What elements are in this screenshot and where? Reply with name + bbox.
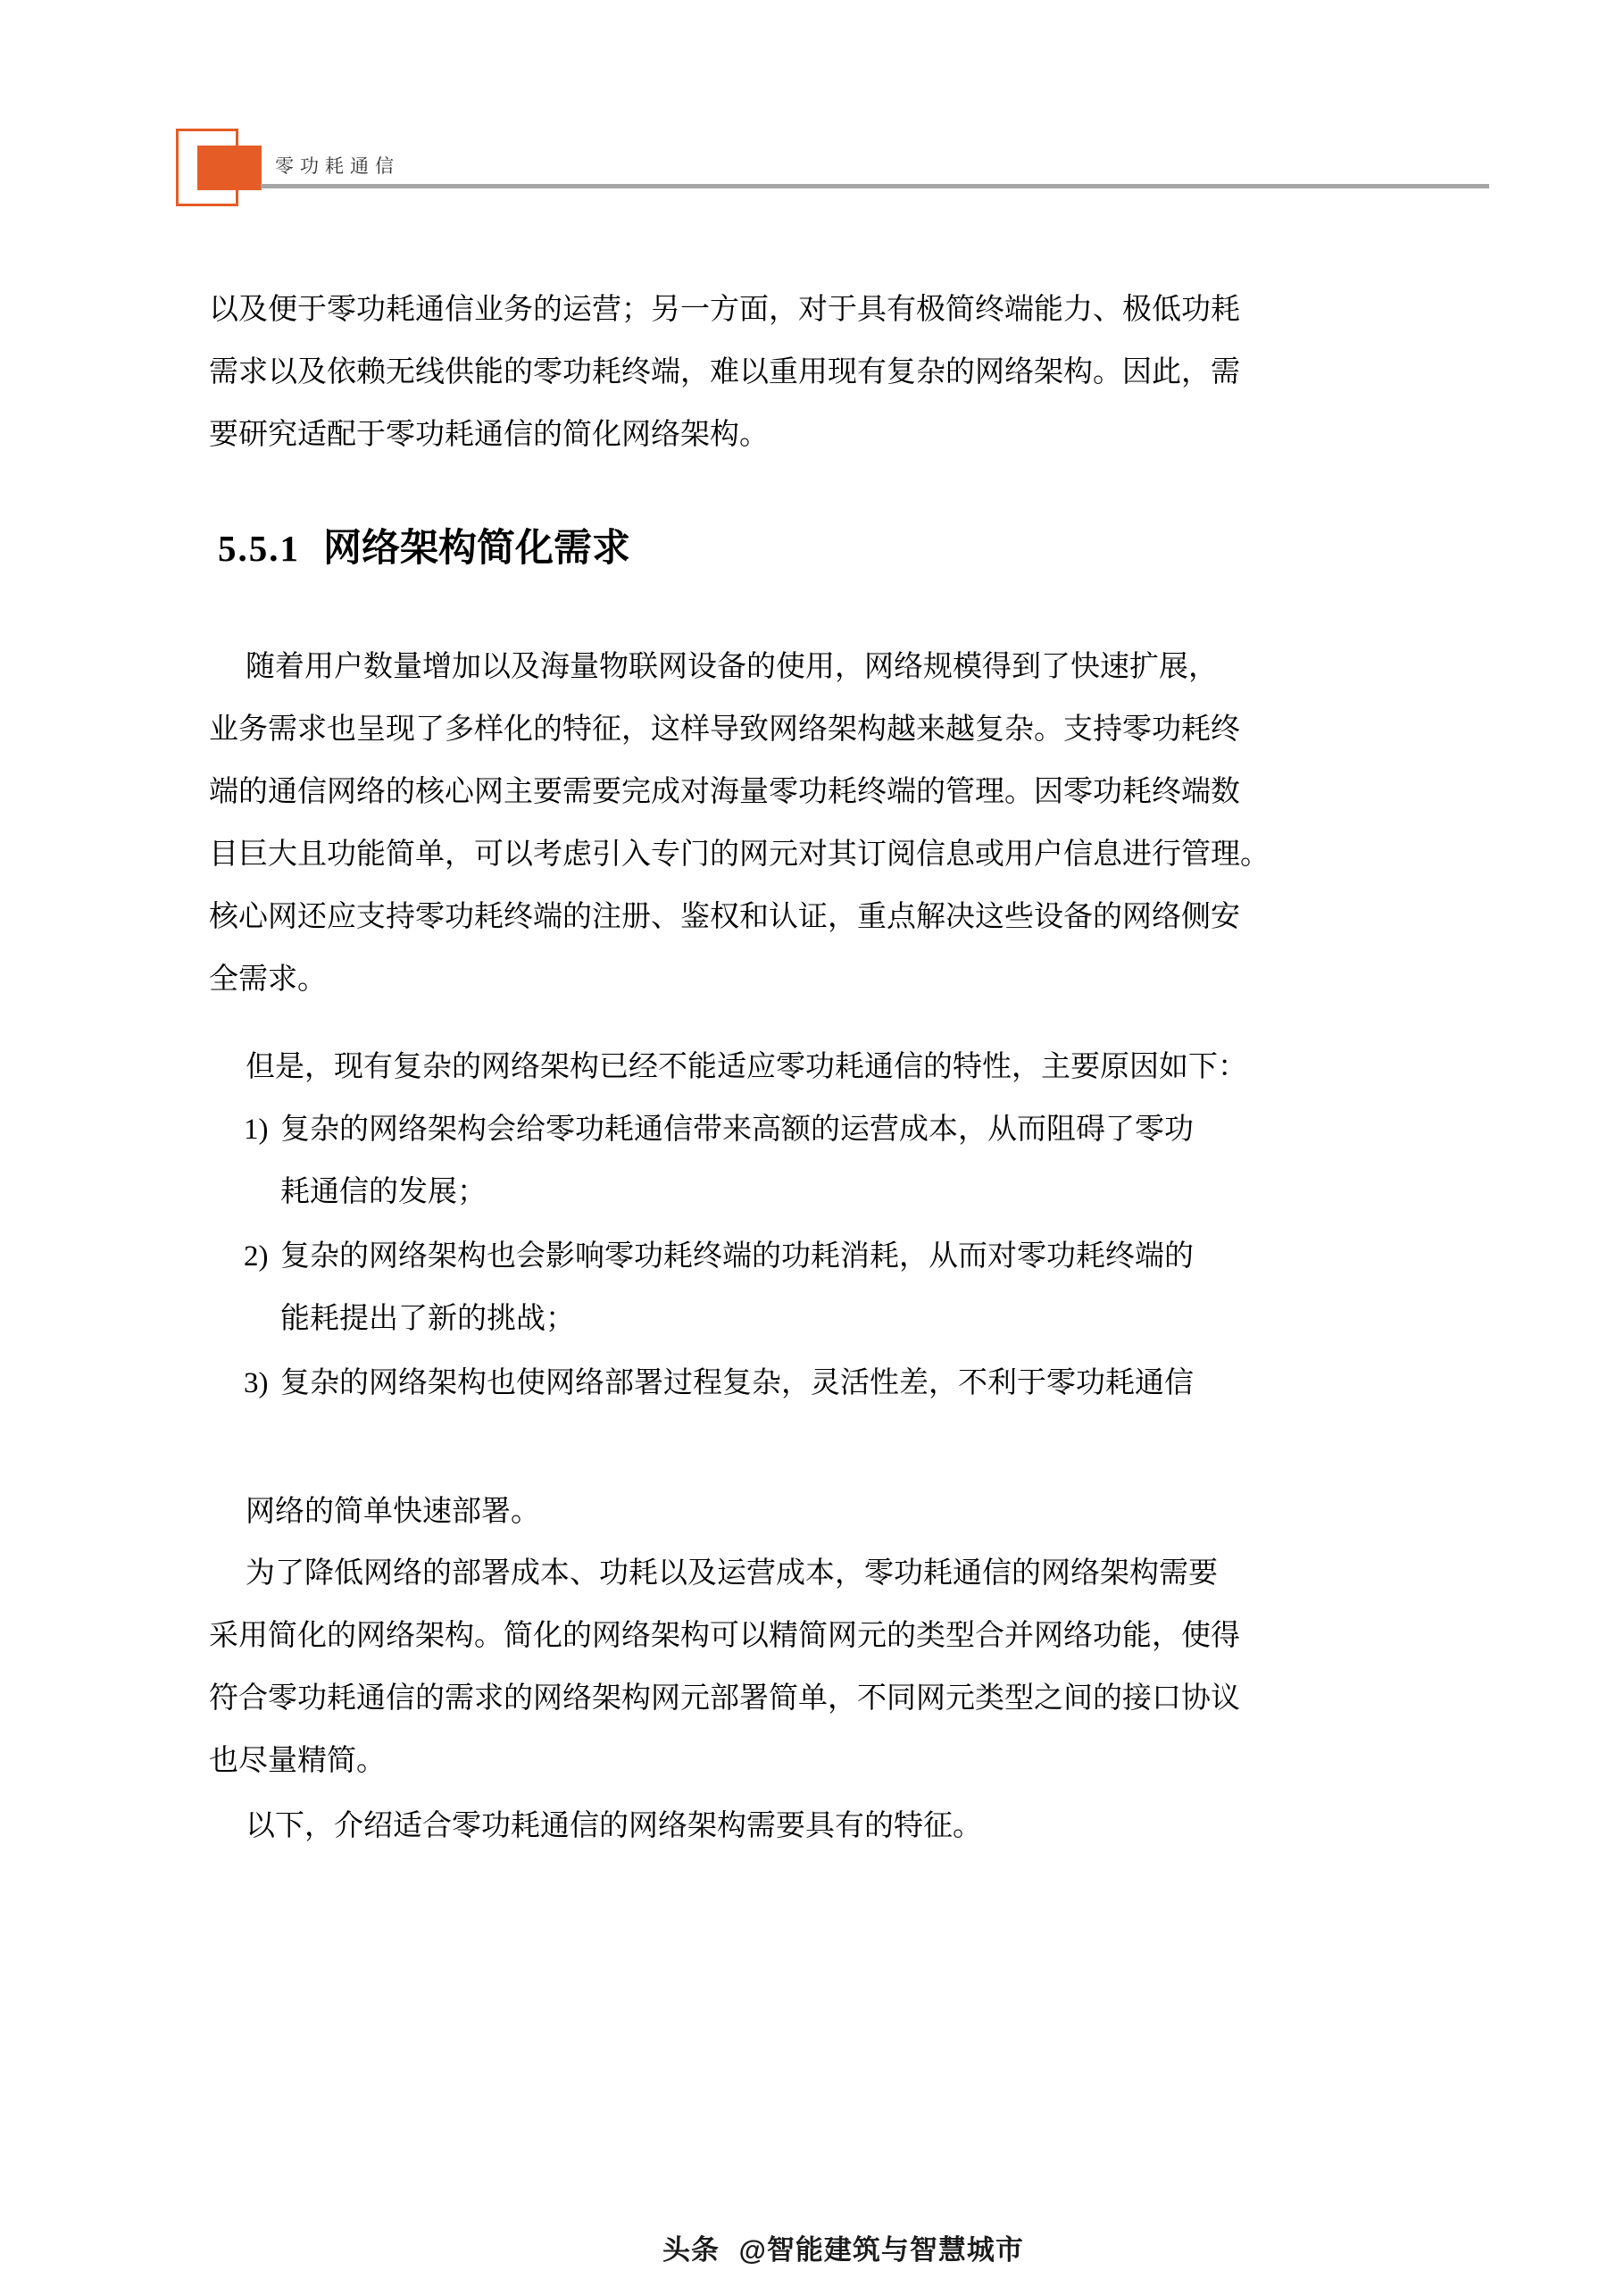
text-line: 核心网还应支持零功耗终端的注册、鉴权和认证，重点解决这些设备的网络侧安 bbox=[209, 886, 1262, 948]
text-line: 复杂的网络架构也会影响零功耗终端的功耗消耗，从而对零功耗终端的 bbox=[280, 1225, 1262, 1288]
list-item-3-text: 复杂的网络架构也使网络部署过程复杂，灵活性差，不利于零功耗通信 bbox=[280, 1352, 1262, 1415]
text-line: 网络的简单快速部署。 bbox=[209, 1481, 1262, 1543]
text-line: 以下，介绍适合零功耗通信的网络架构需要具有的特征。 bbox=[209, 1795, 1262, 1857]
text-line: 要研究适配于零功耗通信的简化网络架构。 bbox=[209, 404, 1262, 466]
text-line: 目巨大且功能简单，可以考虑引入专门的网元对其订阅信息或用户信息进行管理。 bbox=[209, 823, 1262, 886]
text-line: 但是，现有复杂的网络架构已经不能适应零功耗通信的特性，主要原因如下： bbox=[209, 1036, 1262, 1098]
document-page: 零功耗通信 以及便于零功耗通信业务的运营；另一方面，对于具有极简终端能力、极低功… bbox=[0, 0, 1624, 2287]
text-line: 端的通信网络的核心网主要需要完成对海量零功耗终端的管理。因零功耗终端数 bbox=[209, 761, 1262, 823]
paragraph-deployment-line: 网络的简单快速部署。 bbox=[209, 1481, 1262, 1543]
list-item-2-text: 复杂的网络架构也会影响零功耗终端的功耗消耗，从而对零功耗终端的能耗提出了新的挑战… bbox=[280, 1225, 1262, 1350]
paragraph-simplified-architecture: 为了降低网络的部署成本、功耗以及运营成本，零功耗通信的网络架构需要采用简化的网络… bbox=[209, 1542, 1262, 1792]
watermark-brand-toutiao: 头条 bbox=[662, 2234, 720, 2266]
watermark-handle: @智能建筑与智慧城市 bbox=[739, 2234, 1024, 2266]
watermark: 头条 @智能建筑与智慧城市 bbox=[662, 2227, 1024, 2267]
list-item-2: 2) 复杂的网络架构也会影响零功耗终端的功耗消耗，从而对零功耗终端的能耗提出了新… bbox=[209, 1225, 1262, 1350]
text-line: 采用简化的网络架构。简化的网络架构可以精简网元的类型合并网络功能，使得 bbox=[209, 1605, 1262, 1667]
paragraph-intro: 以及便于零功耗通信业务的运营；另一方面，对于具有极简终端能力、极低功耗需求以及依… bbox=[209, 279, 1262, 466]
text-line: 以及便于零功耗通信业务的运营；另一方面，对于具有极简终端能力、极低功耗 bbox=[209, 279, 1262, 341]
text-line: 全需求。 bbox=[209, 948, 1262, 1011]
section-title: 网络架构简化需求 bbox=[323, 527, 630, 570]
text-line: 业务需求也呈现了多样化的特征，这样导致网络架构越来越复杂。支持零功耗终 bbox=[209, 698, 1262, 761]
chapter-logo-filled-square bbox=[197, 146, 262, 190]
text-line: 也尽量精简。 bbox=[209, 1730, 1262, 1792]
list-item-1: 1) 复杂的网络架构会给零功耗通信带来高额的运营成本，从而阻碍了零功耗通信的发展… bbox=[209, 1098, 1262, 1223]
text-line: 复杂的网络架构会给零功耗通信带来高额的运营成本，从而阻碍了零功 bbox=[280, 1098, 1262, 1161]
section-number: 5.5.1 bbox=[218, 528, 300, 569]
paragraph-network-growth: 随着用户数量增加以及海量物联网设备的使用，网络规模得到了快速扩展，业务需求也呈现… bbox=[209, 636, 1262, 1011]
running-header-title: 零功耗通信 bbox=[275, 152, 400, 179]
text-line: 复杂的网络架构也使网络部署过程复杂，灵活性差，不利于零功耗通信 bbox=[280, 1352, 1262, 1415]
text-line: 随着用户数量增加以及海量物联网设备的使用，网络规模得到了快速扩展， bbox=[209, 636, 1262, 698]
list-marker-1: 1) bbox=[244, 1098, 269, 1161]
list-marker-3: 3) bbox=[244, 1352, 269, 1415]
list-marker-2: 2) bbox=[244, 1225, 269, 1288]
list-item-1-text: 复杂的网络架构会给零功耗通信带来高额的运营成本，从而阻碍了零功耗通信的发展； bbox=[280, 1098, 1262, 1223]
header-divider-line bbox=[261, 184, 1489, 188]
list-item-3: 3) 复杂的网络架构也使网络部署过程复杂，灵活性差，不利于零功耗通信 bbox=[209, 1352, 1262, 1415]
text-line: 为了降低网络的部署成本、功耗以及运营成本，零功耗通信的网络架构需要 bbox=[209, 1542, 1262, 1605]
text-line: 符合零功耗通信的需求的网络架构网元部署简单，不同网元类型之间的接口协议 bbox=[209, 1667, 1262, 1730]
section-heading: 5.5.1 网络架构简化需求 bbox=[218, 522, 630, 581]
paragraph-lead-in: 以下，介绍适合零功耗通信的网络架构需要具有的特征。 bbox=[209, 1795, 1262, 1857]
text-line: 能耗提出了新的挑战； bbox=[280, 1288, 1262, 1350]
paragraph-reasons-intro: 但是，现有复杂的网络架构已经不能适应零功耗通信的特性，主要原因如下： bbox=[209, 1036, 1262, 1098]
text-line: 耗通信的发展； bbox=[280, 1161, 1262, 1223]
text-line: 需求以及依赖无线供能的零功耗终端，难以重用现有复杂的网络架构。因此，需 bbox=[209, 341, 1262, 404]
